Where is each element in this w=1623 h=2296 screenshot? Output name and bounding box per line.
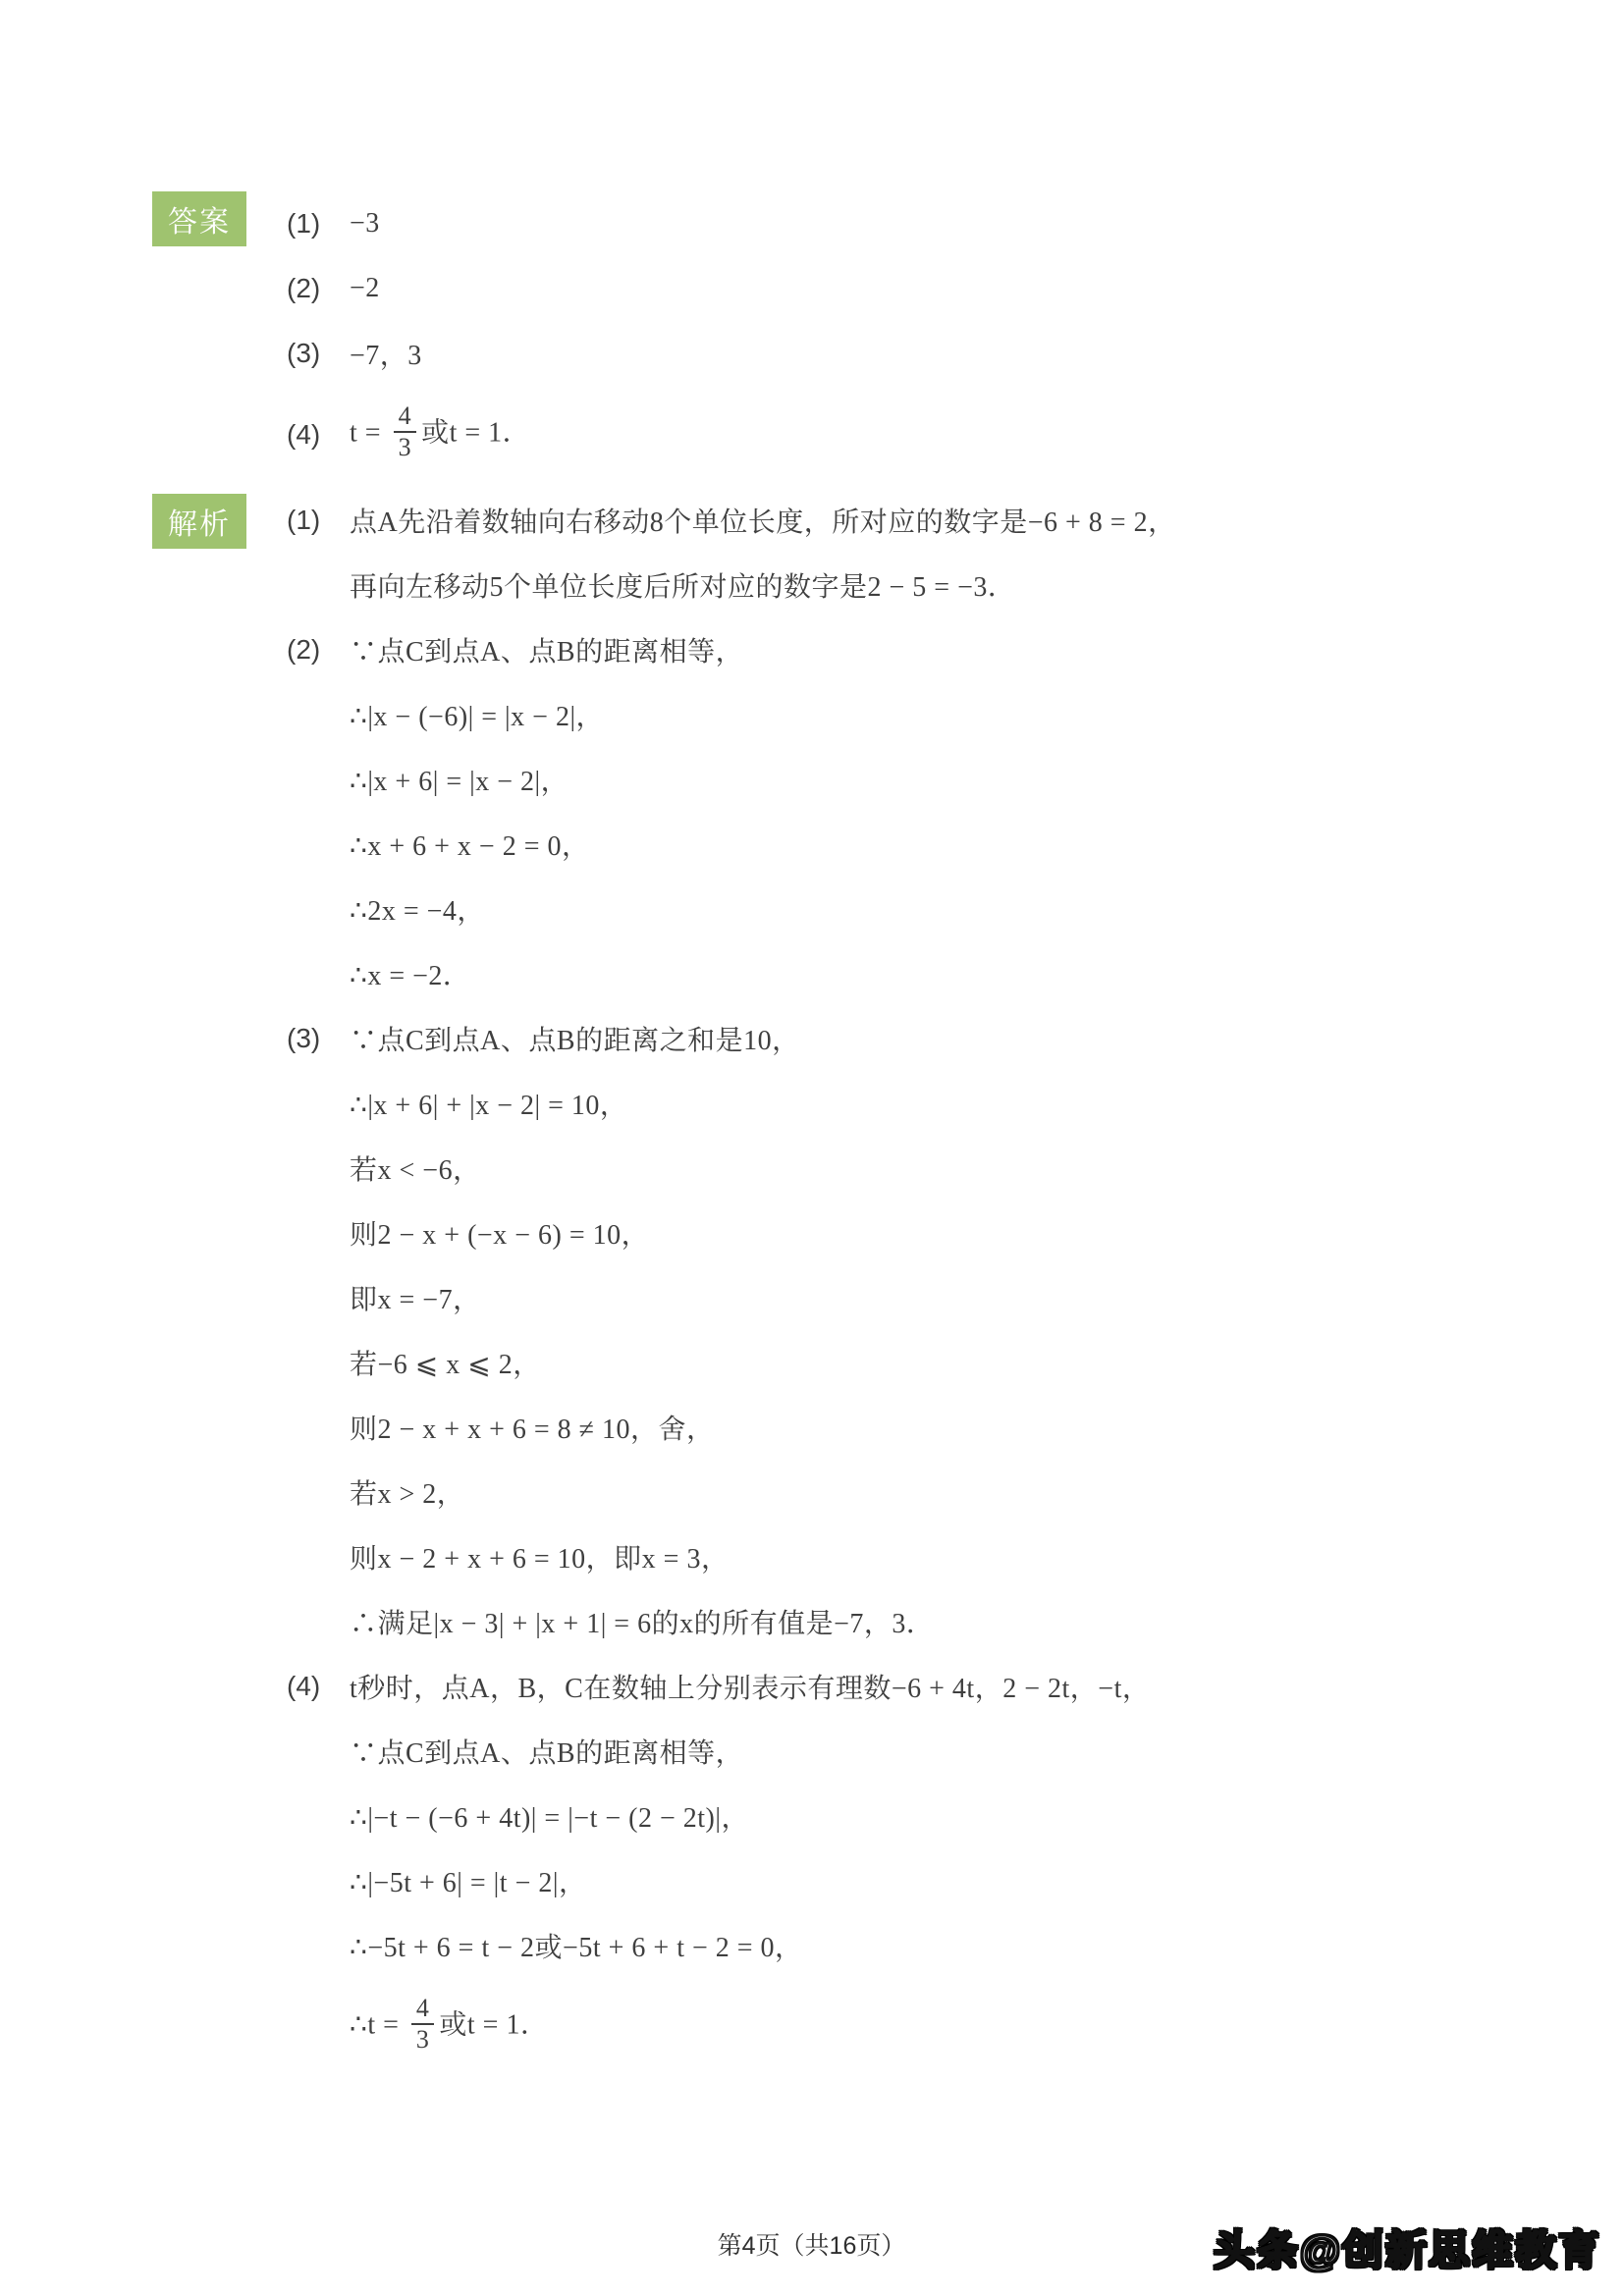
solution-line: ∴|−5t + 6| = |t − 2|， (287, 1848, 1543, 1913)
math-line: ∵点C到点A、点B的距离相等， (350, 630, 743, 669)
math-line: ∴|x + 6| + |x − 2| = 10， (350, 1084, 627, 1123)
solution-line: (1)点A先沿着数轴向右移动8个单位长度，所对应的数字是−6 + 8 = 2， (287, 488, 1543, 553)
math-line: 则x − 2 + x + 6 = 10，即x = 3， (350, 1537, 729, 1576)
fraction-prefix: t = (350, 417, 389, 448)
math-line: ∴|x + 6| = |x − 2|， (350, 760, 568, 799)
math-line: 则2 − x + (−x − 6) = 10， (350, 1213, 649, 1253)
answer-item: (2)−2 (287, 256, 1543, 321)
fraction: 43 (411, 1994, 435, 2055)
math-line: 再向左移动5个单位长度后所对应的数字是2 − 5 = −3． (350, 565, 1015, 605)
solution-line: 若x < −6， (287, 1136, 1543, 1201)
fraction-numerator: 4 (411, 1994, 435, 2023)
item-number: (4) (287, 1671, 350, 1702)
solution-line: (4)t秒时，点A，B，C在数轴上分别表示有理数−6 + 4t，2 − 2t，−… (287, 1654, 1543, 1719)
solution-line: 再向左移动5个单位长度后所对应的数字是2 − 5 = −3． (287, 553, 1543, 617)
fraction-denominator: 3 (394, 431, 417, 462)
answer-list: (1)−3(2)−2(3)−7，3(4)t = 43或t = 1． (287, 191, 1543, 484)
fraction-denominator: 3 (411, 2023, 435, 2055)
solution-line: 则2 − x + x + 6 = 8 ≠ 10，舍， (287, 1395, 1543, 1460)
watermark: 头条@创新思维教育 (1214, 2218, 1601, 2277)
math-line: ∴|−t − (−6 + 4t)| = |−t − (2 − 2t)|， (350, 1796, 749, 1836)
math-line: ∴2x = −4， (350, 889, 485, 929)
solution-line: ∴|x − (−6)| = |x − 2|， (287, 682, 1543, 747)
math-line: t秒时，点A，B，C在数轴上分别表示有理数−6 + 4t，2 − 2t，−t， (350, 1667, 1150, 1706)
analysis-list: (1)点A先沿着数轴向右移动8个单位长度，所对应的数字是−6 + 8 = 2，再… (287, 488, 1543, 2076)
math-line: 若x > 2， (350, 1472, 464, 1512)
math-line: ∴|x − (−6)| = |x − 2|， (350, 695, 604, 734)
math-line: 即x = −7， (350, 1278, 481, 1317)
solution-line: (3)∵点C到点A、点B的距离之和是10， (287, 1006, 1543, 1071)
solution-line: 则x − 2 + x + 6 = 10，即x = 3， (287, 1524, 1543, 1589)
solution-line: ∴2x = −4， (287, 877, 1543, 941)
document-page: 答案 解析 (1)−3(2)−2(3)−7，3(4)t = 43或t = 1． … (0, 0, 1623, 2296)
solution-line: 则2 − x + (−x − 6) = 10， (287, 1201, 1543, 1265)
item-number: (3) (287, 1023, 350, 1054)
math-line-with-fraction: t = 43或t = 1． (350, 404, 530, 465)
item-number: (1) (287, 208, 350, 240)
math-line: 点A先沿着数轴向右移动8个单位长度，所对应的数字是−6 + 8 = 2， (350, 501, 1176, 540)
math-line: 则2 − x + x + 6 = 8 ≠ 10，舍， (350, 1408, 715, 1447)
math-line: ∵点C到点A、点B的距离相等， (350, 1732, 743, 1771)
math-line: ∴x + 6 + x − 2 = 0， (350, 825, 589, 864)
answer-item: (4)t = 43或t = 1． (287, 386, 1543, 484)
fraction-prefix: ∴t = (350, 2009, 406, 2040)
solution-line: 即x = −7， (287, 1265, 1543, 1330)
answer-badge: 答案 (152, 191, 246, 246)
solution-line: ∴x + 6 + x − 2 = 0， (287, 812, 1543, 877)
math-line: 若x < −6， (350, 1148, 481, 1188)
math-line: ∴满足|x − 3| + |x + 1| = 6的x的所有值是−7，3． (350, 1602, 934, 1641)
solution-line: ∴|−t − (−6 + 4t)| = |−t − (2 − 2t)|， (287, 1784, 1543, 1848)
item-number: (1) (287, 505, 350, 536)
fraction-numerator: 4 (394, 401, 417, 431)
answer-item: (3)−7，3 (287, 321, 1543, 386)
analysis-badge: 解析 (152, 494, 246, 549)
answer-item: (1)−3 (287, 191, 1543, 256)
item-number: (4) (287, 419, 350, 451)
solution-line: ∴|x + 6| + |x − 2| = 10， (287, 1071, 1543, 1136)
fraction: 43 (394, 401, 417, 462)
math-line: −2 (350, 273, 380, 304)
item-number: (2) (287, 634, 350, 666)
math-line-with-fraction: ∴t = 43或t = 1． (350, 1997, 548, 2057)
fraction-suffix: 或t = 1． (421, 417, 530, 448)
fraction-suffix: 或t = 1． (439, 2009, 548, 2040)
solution-line: ∴x = −2． (287, 941, 1543, 1006)
math-line: ∴|−5t + 6| = |t − 2|， (350, 1861, 586, 1900)
solution-line: ∵点C到点A、点B的距离相等， (287, 1719, 1543, 1784)
solution-line: ∴−5t + 6 = t − 2或−5t + 6 + t − 2 = 0， (287, 1913, 1543, 1978)
math-line: ∴−5t + 6 = t − 2或−5t + 6 + t − 2 = 0， (350, 1926, 803, 1965)
solution-line: 若x > 2， (287, 1460, 1543, 1524)
math-line: ∵点C到点A、点B的距离之和是10， (350, 1019, 800, 1058)
math-line: ∴x = −2． (350, 954, 470, 993)
solution-line: ∴t = 43或t = 1． (287, 1978, 1543, 2076)
solution-line: (2)∵点C到点A、点B的距离相等， (287, 617, 1543, 682)
solution-line: 若−6 ⩽ x ⩽ 2， (287, 1330, 1543, 1395)
item-number: (3) (287, 338, 350, 369)
solution-line: ∴|x + 6| = |x − 2|， (287, 747, 1543, 812)
math-line: 若−6 ⩽ x ⩽ 2， (350, 1343, 541, 1382)
solution-line: ∴满足|x − 3| + |x + 1| = 6的x的所有值是−7，3． (287, 1589, 1543, 1654)
item-number: (2) (287, 273, 350, 304)
math-line: −7，3 (350, 334, 422, 373)
math-line: −3 (350, 208, 380, 240)
